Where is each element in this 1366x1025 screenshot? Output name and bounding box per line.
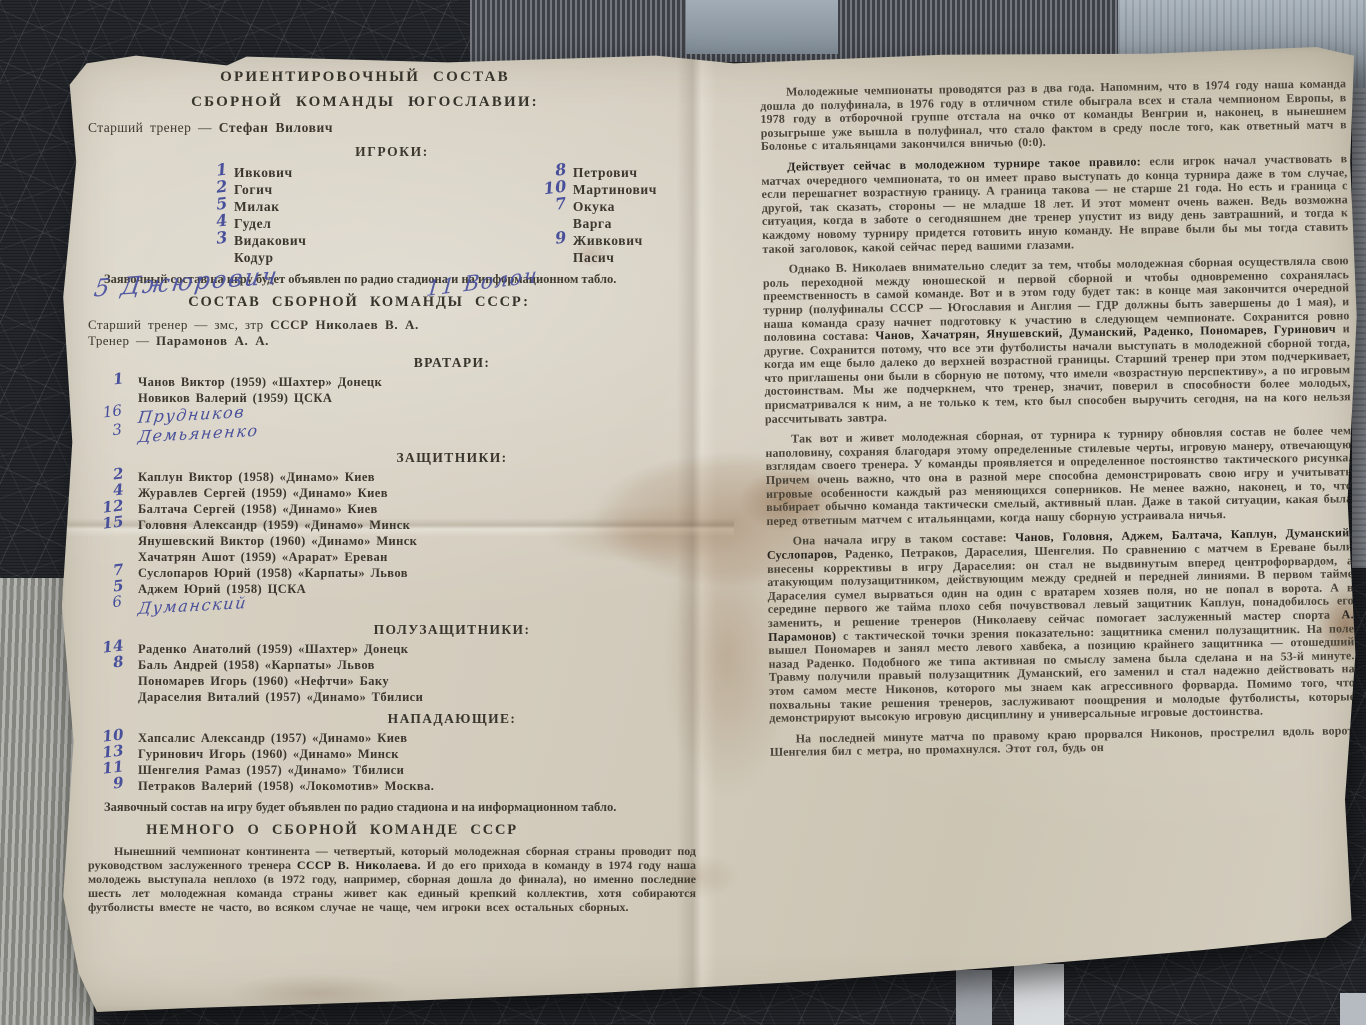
handwritten-number: 9 — [93, 774, 125, 794]
roster-player-row: Дараселия Виталий (1957) «Динамо» Тбилис… — [88, 689, 696, 705]
player-name: Хачатрян Ашот (1959) «Арарат» Ереван — [138, 550, 388, 564]
roster-section-rows: 14Раденко Анатолий (1959) «Шахтер» Донец… — [88, 641, 696, 705]
roster-player-row: 7Суслопаров Юрий (1958) «Карпаты» Львов — [88, 565, 696, 581]
player-name: Живкович — [573, 233, 643, 248]
player-row: 2Гогич — [200, 181, 426, 198]
player-name: Гуринович Игорь (1960) «Динамо» Минск — [138, 747, 399, 761]
roster-section-rows: 10Хапсалис Александр (1957) «Динамо» Кие… — [88, 730, 696, 794]
player-name: Гудел — [234, 216, 271, 231]
roster-player-row: 15Головня Александр (1959) «Динамо» Минс… — [88, 517, 696, 533]
light-strip-bottom-1 — [956, 970, 992, 1025]
player-row: Кодур — [200, 249, 426, 266]
yugoslavia-players: 1Ивкович 2Гогич 5Милак 4Гудел 3Видакович… — [88, 164, 696, 266]
page-title-line2: СБОРНОЙ КОМАНДЫ ЮГОСЛАВИИ: — [88, 93, 696, 111]
roster-player-row: 4Журавлев Сергей (1959) «Динамо» Киев — [88, 485, 696, 501]
player-name: Милак — [234, 199, 280, 214]
page-left: ОРИЕНТИРОВОЧНЫЙ СОСТАВ СБОРНОЙ КОМАНДЫ Ю… — [88, 62, 696, 914]
coach-name: СССР Николаев В. А. — [270, 317, 419, 332]
handwritten-name: Демьяненко — [137, 421, 260, 445]
player-name: Пономарев Игорь (1960) «Нефтчи» Баку — [138, 674, 389, 688]
player-name: Балтача Сергей (1958) «Динамо» Киев — [138, 502, 378, 516]
paragraph: Действует сейчас в молодежном турнире та… — [761, 152, 1348, 256]
player-row: 7Окука — [539, 198, 696, 215]
handwritten-number: 11 — [425, 273, 457, 301]
handwritten-number: 5 — [92, 273, 113, 303]
player-name: Раденко Анатолий (1959) «Шахтер» Донецк — [138, 642, 408, 656]
roster-player-row: 12Балтача Сергей (1958) «Динамо» Киев — [88, 501, 696, 517]
player-name: Петрович — [573, 165, 638, 180]
player-name: Ивкович — [234, 165, 293, 180]
player-name: Варга — [573, 216, 612, 231]
photo-of-programme: { "page_left": { "title_line1": "ОРИЕНТИ… — [0, 0, 1366, 1025]
paragraph: Однако В. Николаев внимательно следит за… — [763, 254, 1351, 426]
roster-section-heading: НАПАДАЮЩИЕ: — [88, 710, 696, 727]
player-row: 5Милак — [200, 198, 426, 215]
about-paragraph: Нынешний чемпионат континента — четверты… — [88, 844, 696, 914]
player-name: Янушевский Виктор (1960) «Динамо» Минск — [138, 534, 417, 548]
player-name: Каплун Виктор (1958) «Динамо» Киев — [138, 470, 375, 484]
player-name: Дараселия Виталий (1957) «Динамо» Тбилис… — [138, 690, 423, 704]
roster-player-row: 2Каплун Виктор (1958) «Динамо» Киев — [88, 469, 696, 485]
coach-prefix: Тренер — — [88, 333, 156, 348]
yugoslavia-players-col1: 1Ивкович 2Гогич 5Милак 4Гудел 3Видакович… — [200, 164, 426, 266]
roster-player-row: 5Аджем Юрий (1958) ЦСКА — [88, 581, 696, 597]
coach-name: Парамонов А. А. — [156, 333, 269, 348]
paragraph: Она начала игру в таком составе: Чанов, … — [767, 527, 1356, 726]
text-segment: Молодежные чемпионаты проводятся раз в д… — [760, 76, 1347, 153]
text-segment: На последней минуте матча по правому кра… — [770, 723, 1356, 759]
light-strip-bottom-corner — [1340, 993, 1366, 1025]
handwritten-number: 16 — [91, 402, 123, 423]
player-row: 1Ивкович — [200, 164, 426, 181]
player-name: Петраков Валерий (1958) «Локомотив» Моск… — [138, 779, 434, 793]
about-heading: НЕМНОГО О СБОРНОЙ КОМАНДЕ СССР — [88, 821, 696, 839]
roster-player-row: 9Петраков Валерий (1958) «Локомотив» Мос… — [88, 778, 696, 794]
handwritten-number: 15 — [93, 513, 125, 533]
player-name: Журавлев Сергей (1959) «Динамо» Киев — [138, 486, 388, 500]
paragraph: Так вот и живет молодежная сборная, от т… — [765, 425, 1352, 529]
handwritten-player-row: 3Демьяненко — [88, 425, 696, 444]
handwritten-number: 7 — [540, 194, 568, 215]
yugoslavia-players-col2: 8Петрович 10Мартинович 7Окука Варга 9Жив… — [539, 164, 696, 266]
text-segment: СССР В. Николаева. — [297, 858, 421, 872]
roster-player-row: 13Гуринович Игорь (1960) «Динамо» Минск — [88, 746, 696, 762]
roster-player-row: Пономарев Игорь (1960) «Нефтчи» Баку — [88, 673, 696, 689]
programme-paper: ОРИЕНТИРОВОЧНЫЙ СОСТАВ СБОРНОЙ КОМАНДЫ Ю… — [58, 46, 1358, 1012]
coach-name: Стефан Вилович — [219, 120, 333, 135]
paragraph: Молодежные чемпионаты проводятся раз в д… — [760, 77, 1347, 154]
paragraph: На последней минуте матча по правому кра… — [770, 724, 1356, 760]
yugoslavia-coach-line: Старший тренер — Стефан Вилович — [88, 120, 696, 136]
text-segment: Так вот и живет молодежная сборная, от т… — [765, 424, 1352, 528]
handwritten-number: 3 — [91, 421, 123, 442]
player-name: Окука — [573, 199, 615, 214]
player-name: Пасич — [573, 250, 615, 265]
fabric-blue-patch-top — [686, 0, 838, 54]
handwritten-name: Думанский — [137, 594, 248, 618]
roster-player-row: Новиков Валерий (1959) ЦСКА — [88, 390, 696, 406]
coach-prefix: Старший тренер — — [88, 120, 219, 135]
roster-section-rows: 2Каплун Виктор (1958) «Динамо» Киев4Жура… — [88, 469, 696, 616]
player-row: 3Видакович — [200, 232, 426, 249]
roster-player-row: 1Чанов Виктор (1959) «Шахтер» Донецк — [88, 374, 696, 390]
handwritten-number: 3 — [201, 228, 229, 249]
ussr-roster-sections: ВРАТАРИ:1Чанов Виктор (1959) «Шахтер» До… — [88, 354, 696, 794]
roster-section-heading: ЗАЩИТНИКИ: — [88, 449, 696, 466]
roster-player-row: 8Баль Андрей (1958) «Карпаты» Львов — [88, 657, 696, 673]
ussr-head-coach-line: Старший тренер — змс, зтр СССР Николаев … — [88, 317, 696, 333]
roster-player-row: 14Раденко Анатолий (1959) «Шахтер» Донец… — [88, 641, 696, 657]
player-row: 4Гудел — [200, 215, 426, 232]
roster-player-row: Хачатрян Ашот (1959) «Арарат» Ереван — [88, 549, 696, 565]
handwritten-number: 8 — [93, 653, 125, 673]
player-name: Суслопаров Юрий (1958) «Карпаты» Львов — [138, 566, 408, 580]
roster-player-row: 10Хапсалис Александр (1957) «Динамо» Кие… — [88, 730, 696, 746]
handwritten-number: 1 — [93, 370, 125, 390]
player-name: Баль Андрей (1958) «Карпаты» Львов — [138, 658, 375, 672]
roster-player-row: 11Шенгелия Рамаз (1957) «Динамо» Тбилиси — [88, 762, 696, 778]
handwritten-player-row: 16Прудников — [88, 406, 696, 425]
ussr-coach-line: Тренер — Парамонов А. А. — [88, 333, 696, 349]
roster-section-heading: ВРАТАРИ: — [88, 354, 696, 371]
handwritten-number: 6 — [91, 593, 123, 614]
handwritten-number: 9 — [540, 228, 568, 249]
player-name: Головня Александр (1959) «Динамо» Минск — [138, 518, 410, 532]
coach-prefix: Старший тренер — змс, зтр — [88, 317, 270, 332]
announcement-paragraph-2: Заявочный состав на игру будет объявлен … — [78, 800, 696, 815]
text-segment: Раденко, Петраков, Дараселия, Шенгелия. … — [767, 539, 1354, 630]
player-name: Гогич — [234, 182, 273, 197]
text-segment: с тактической точки зрения показательно:… — [768, 621, 1355, 725]
roster-section-rows: 1Чанов Виктор (1959) «Шахтер» ДонецкНови… — [88, 374, 696, 444]
player-name: Видакович — [234, 233, 306, 248]
page-right: Молодежные чемпионаты проводятся раз в д… — [760, 77, 1356, 767]
handwritten-name: Волоч — [463, 263, 539, 297]
player-row: Пасич — [539, 249, 696, 266]
light-strip-bottom-2 — [1014, 964, 1064, 1025]
player-name: Чанов Виктор (1959) «Шахтер» Донецк — [138, 375, 382, 389]
player-name: Хапсалис Александр (1957) «Динамо» Киев — [138, 731, 407, 745]
players-heading: ИГРОКИ: — [88, 143, 696, 160]
roster-section-heading: ПОЛУЗАЩИТНИКИ: — [88, 621, 696, 638]
page-title-line1: ОРИЕНТИРОВОЧНЫЙ СОСТАВ — [88, 68, 696, 86]
roster-player-row: Янушевский Виктор (1960) «Динамо» Минск — [88, 533, 696, 549]
player-name: Мартинович — [573, 182, 657, 197]
player-row: 9Живкович — [539, 232, 696, 249]
handwritten-player-row: 6Думанский — [88, 597, 696, 616]
player-name: Шенгелия Рамаз (1957) «Динамо» Тбилиси — [138, 763, 404, 777]
